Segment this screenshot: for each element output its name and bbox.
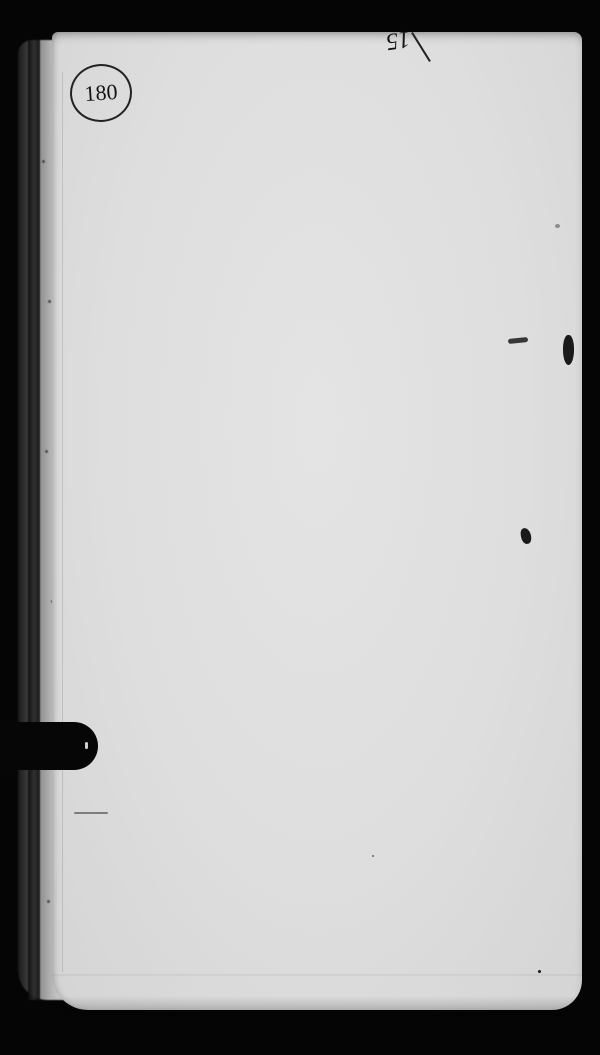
bottom-edge-shadow xyxy=(52,996,582,1016)
speck xyxy=(45,450,48,453)
folio-mark: 15 xyxy=(384,24,412,54)
scanned-page: 180 15 xyxy=(0,0,600,1055)
ink-speck xyxy=(372,855,374,857)
speck xyxy=(47,900,50,903)
faint-mark xyxy=(555,224,560,228)
speck xyxy=(42,160,45,163)
speck xyxy=(48,300,51,303)
faint-dash-mark xyxy=(74,812,108,814)
ink-speck xyxy=(538,970,541,973)
page-clip xyxy=(0,722,98,770)
paper-sheet xyxy=(52,32,582,1010)
page-number-text: 180 xyxy=(84,79,119,107)
ink-blot xyxy=(563,335,574,365)
margin-line xyxy=(62,72,63,972)
